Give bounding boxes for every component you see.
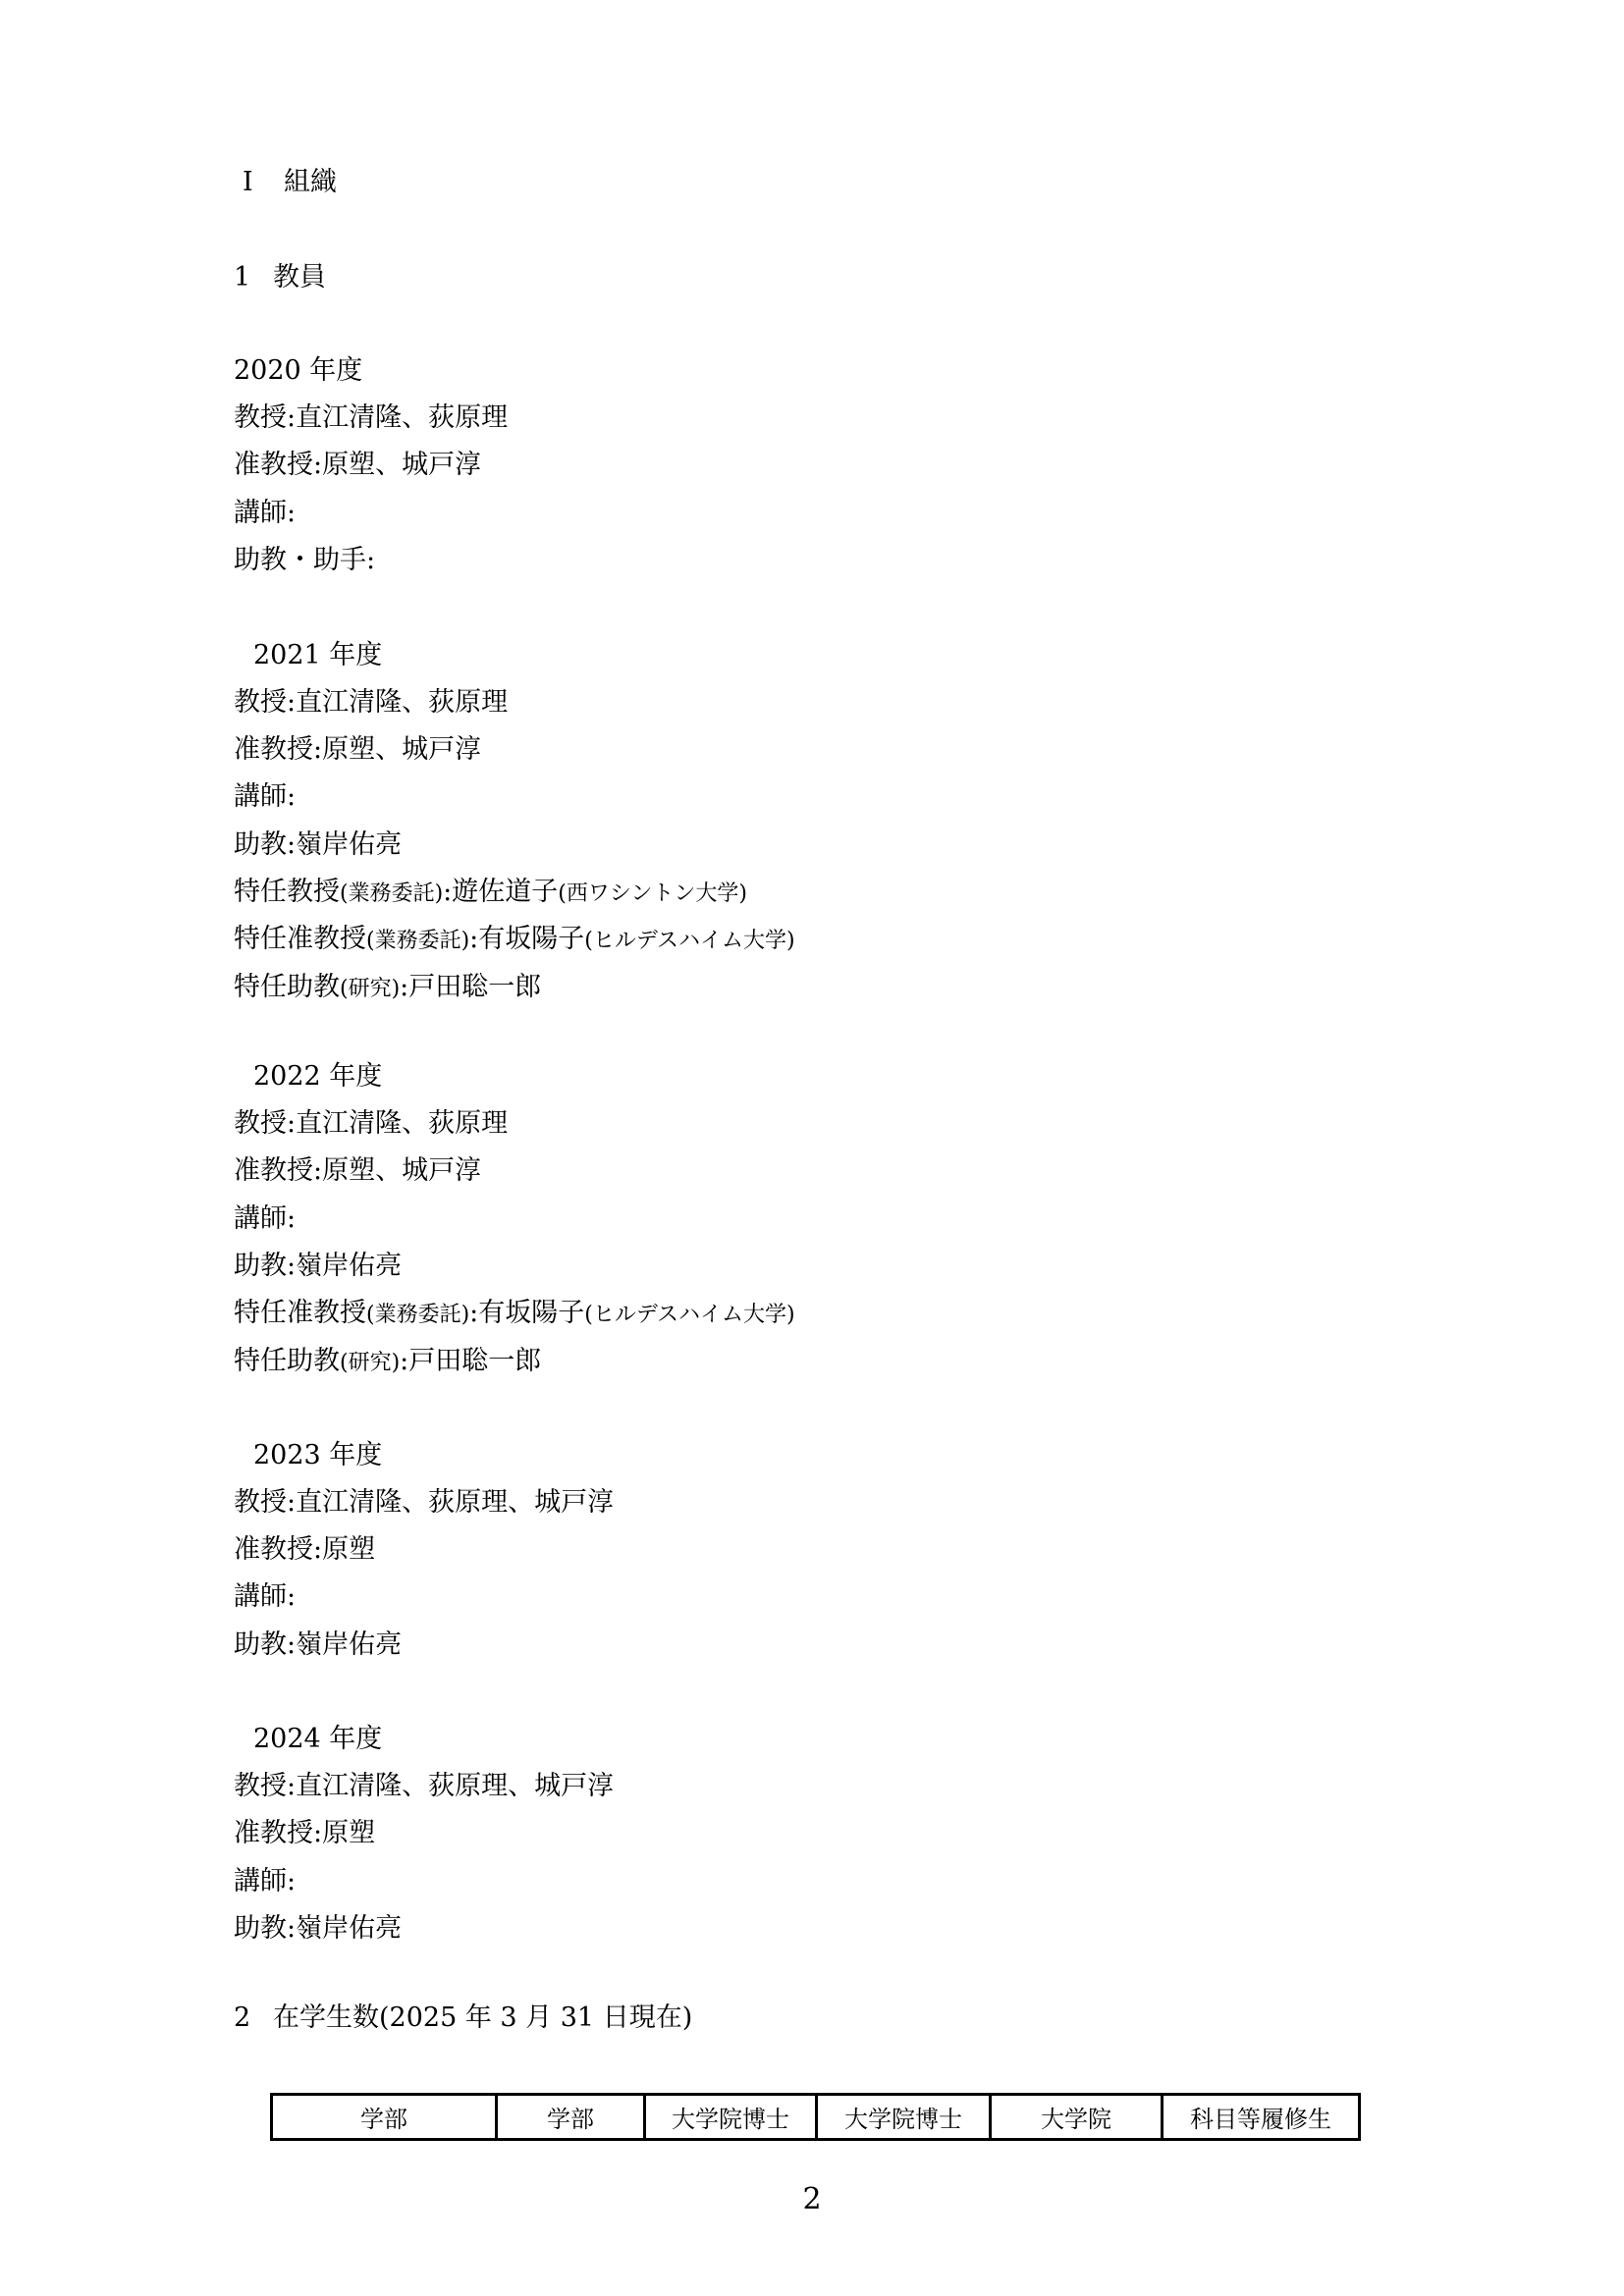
faculty-row: 教授:直江清隆、荻原理、城戸淳 [234,1771,614,1802]
role-label: 特任助教 [234,1346,340,1376]
separator: : [400,1346,408,1376]
table-header-cell: 科目等履修生 [1163,2095,1360,2140]
role-label: 教授 [234,687,287,718]
faculty-names: 原塑、城戸淳 [322,450,481,480]
table-header-cell: 学部 [497,2095,645,2140]
year-heading-2024: 2024 年度 [253,1724,382,1755]
faculty-row: 准教授:原塑、城戸淳 [234,734,481,766]
faculty-row: 特任教授(業務委託):遊佐道子(西ワシントン大学) [234,877,747,910]
faculty-row: 特任准教授(業務委託):有坂陽子(ヒルデスハイム大学) [234,924,795,957]
role-label: 特任准教授 [234,1298,366,1328]
separator: : [287,1913,296,1944]
section-heading-students: 2在学生数(2025 年 3 月 31 日現在) [234,2002,692,2034]
section-number: 1 [234,262,273,294]
faculty-row: 准教授:原塑、城戸淳 [234,450,481,481]
role-label: 教授 [234,1108,287,1139]
year-heading-2022: 2022 年度 [253,1061,382,1093]
faculty-row: 准教授:原塑 [234,1534,375,1566]
role-label: 講師 [234,1866,287,1896]
faculty-names: 原塑、城戸淳 [322,734,481,765]
separator: : [313,1818,322,1848]
role-label: 教授 [234,1487,287,1518]
role-label: 助教 [234,1629,287,1660]
faculty-names: 原塑 [322,1818,375,1848]
faculty-names: 直江清隆、荻原理、城戸淳 [296,1487,614,1518]
role-note: (研究) [340,1351,400,1375]
separator: : [400,972,408,1002]
faculty-names: 嶺岸佑亮 [296,1251,402,1281]
faculty-names: 直江清隆、荻原理、城戸淳 [296,1771,614,1801]
faculty-row: 教授:直江清隆、荻原理 [234,402,508,434]
role-note: (研究) [340,977,400,1001]
faculty-names: 嶺岸佑亮 [296,829,402,860]
faculty-row: 助教:嶺岸佑亮 [234,1251,402,1282]
role-label: 助教 [234,1251,287,1281]
table-header-row: 学部 学部 大学院博士 大学院博士 大学院 科目等履修生 [272,2095,1360,2140]
separator: : [443,877,452,907]
role-label: 特任助教 [234,972,340,1002]
role-label: 助教・助手 [234,545,366,575]
faculty-names: 原塑、城戸淳 [322,1155,481,1186]
faculty-names: 直江清隆、荻原理 [296,687,508,718]
separator: : [313,1155,322,1186]
role-label: 特任教授 [234,877,340,907]
separator: : [287,402,296,433]
section-note: (2025 年 3 月 31 日現在) [379,2002,692,2033]
role-label: 准教授 [234,1155,313,1186]
separator: : [313,1534,322,1565]
chapter-heading: Ⅰ組織 [243,167,337,198]
affiliation: (西ワシントン大学) [558,881,747,906]
year-heading-2020: 2020 年度 [234,355,362,387]
role-label: 准教授 [234,734,313,765]
role-label: 教授 [234,1771,287,1801]
role-note: (業務委託) [340,881,443,906]
section-title: 在学生数 [273,2002,379,2033]
separator: : [287,829,296,860]
separator: : [287,1203,296,1234]
role-label: 講師 [234,498,287,528]
separator: : [287,1629,296,1660]
faculty-names: 直江清隆、荻原理 [296,1108,508,1139]
year-heading-2023: 2023 年度 [253,1440,382,1471]
faculty-row: 教授:直江清隆、荻原理 [234,687,508,719]
faculty-row: 講師: [234,781,296,813]
separator: : [469,1298,478,1328]
separator: : [287,1771,296,1801]
year-heading-2021: 2021 年度 [253,640,382,671]
separator: : [287,1581,296,1612]
faculty-names: 直江清隆、荻原理 [296,402,508,433]
separator: : [313,450,322,480]
role-label: 特任准教授 [234,924,366,954]
faculty-names: 有坂陽子 [478,924,584,954]
role-label: 准教授 [234,1818,313,1848]
separator: : [469,924,478,954]
separator: : [287,1866,296,1896]
faculty-row: 助教:嶺岸佑亮 [234,1629,402,1661]
faculty-row: 特任助教(研究):戸田聡一郎 [234,1346,541,1379]
role-label: 講師 [234,1203,287,1234]
faculty-names: 嶺岸佑亮 [296,1913,402,1944]
faculty-row: 助教:嶺岸佑亮 [234,1913,402,1945]
separator: : [287,1487,296,1518]
document-page: Ⅰ組織 1教員 2020 年度 教授:直江清隆、荻原理 准教授:原塑、城戸淳 講… [0,0,1624,2296]
affiliation: (ヒルデスハイム大学) [584,929,794,953]
role-label: 講師 [234,781,287,812]
table-header-cell: 大学院 [991,2095,1163,2140]
faculty-row: 助教:嶺岸佑亮 [234,829,402,861]
separator: : [287,1108,296,1139]
table-header-cell: 大学院博士 [817,2095,991,2140]
table-header-cell: 大学院博士 [645,2095,817,2140]
section-title: 教員 [273,262,326,293]
faculty-row: 講師: [234,1866,296,1897]
role-label: 助教 [234,1913,287,1944]
role-label: 准教授 [234,1534,313,1565]
table-header-cell: 学部 [272,2095,497,2140]
faculty-names: 有坂陽子 [478,1298,584,1328]
faculty-row: 准教授:原塑、城戸淳 [234,1155,481,1187]
separator: : [287,687,296,718]
faculty-names: 遊佐道子 [452,877,558,907]
section-heading-faculty: 1教員 [234,262,326,294]
faculty-row: 特任助教(研究):戸田聡一郎 [234,972,541,1005]
faculty-row: 講師: [234,1581,296,1613]
affiliation: (ヒルデスハイム大学) [584,1303,794,1327]
faculty-row: 講師: [234,1203,296,1235]
separator: : [287,1251,296,1281]
role-label: 助教 [234,829,287,860]
role-label: 教授 [234,402,287,433]
chapter-title: 組織 [284,167,337,197]
faculty-row: 講師: [234,498,296,529]
role-label: 講師 [234,1581,287,1612]
separator: : [366,545,375,575]
faculty-names: 戸田聡一郎 [408,972,541,1002]
section-number: 2 [234,2002,273,2034]
faculty-row: 助教・助手: [234,545,375,576]
faculty-row: 准教授:原塑 [234,1818,375,1849]
role-note: (業務委託) [366,929,469,953]
faculty-names: 戸田聡一郎 [408,1346,541,1376]
separator: : [287,498,296,528]
page-number: 2 [0,2183,1624,2216]
faculty-names: 嶺岸佑亮 [296,1629,402,1660]
chapter-number: Ⅰ [243,167,284,198]
faculty-row: 教授:直江清隆、荻原理、城戸淳 [234,1487,614,1519]
role-label: 准教授 [234,450,313,480]
faculty-row: 特任准教授(業務委託):有坂陽子(ヒルデスハイム大学) [234,1298,795,1331]
faculty-names: 原塑 [322,1534,375,1565]
student-count-table: 学部 学部 大学院博士 大学院博士 大学院 科目等履修生 [270,2093,1361,2141]
role-note: (業務委託) [366,1303,469,1327]
separator: : [313,734,322,765]
separator: : [287,781,296,812]
faculty-row: 教授:直江清隆、荻原理 [234,1108,508,1140]
